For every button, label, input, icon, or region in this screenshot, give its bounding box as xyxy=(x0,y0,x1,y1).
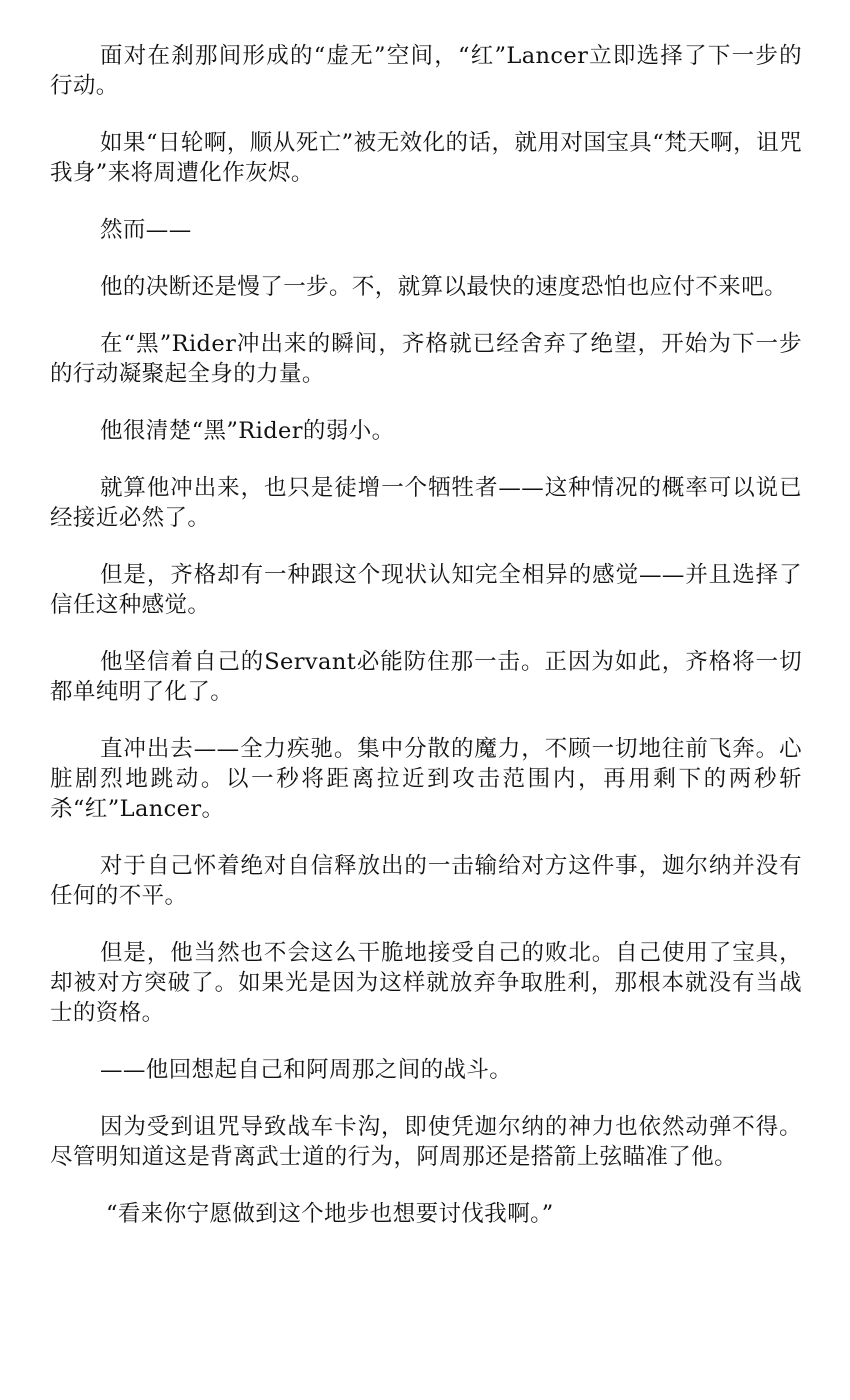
paragraph: 但是，齐格却有一种跟这个现状认知完全相异的感觉——并且选择了信任这种感觉。 xyxy=(50,560,802,620)
paragraph: 面对在刹那间形成的“虚无”空间，“红”Lancer立即选择了下一步的行动。 xyxy=(50,41,802,101)
document-page: 面对在刹那间形成的“虚无”空间，“红”Lancer立即选择了下一步的行动。 如果… xyxy=(50,41,802,1256)
paragraph: 但是，他当然也不会这么干脆地接受自己的败北。自己使用了宝具，却被对方突破了。如果… xyxy=(50,938,802,1028)
paragraph: 就算他冲出来，也只是徒增一个牺牲者——这种情况的概率可以说已经接近必然了。 xyxy=(50,473,802,533)
paragraph: 他坚信着自己的Servant必能防住那一击。正因为如此，齐格将一切都单纯明了化了… xyxy=(50,647,802,707)
paragraph: 因为受到诅咒导致战车卡沟，即使凭迦尔纳的神力也依然动弹不得。尽管明知道这是背离武… xyxy=(50,1112,802,1172)
paragraph: ——他回想起自己和阿周那之间的战斗。 xyxy=(50,1055,802,1085)
dialogue-paragraph: “看来你宁愿做到这个地步也想要讨伐我啊。” xyxy=(50,1199,802,1229)
paragraph: 对于自己怀着绝对自信释放出的一击输给对方这件事，迦尔纳并没有任何的不平。 xyxy=(50,851,802,911)
paragraph: 在“黑”Rider冲出来的瞬间，齐格就已经舍弃了绝望，开始为下一步的行动凝聚起全… xyxy=(50,329,802,389)
paragraph: 他很清楚“黑”Rider的弱小。 xyxy=(50,416,802,446)
paragraph: 如果“日轮啊，顺从死亡”被无效化的话，就用对国宝具“梵天啊，诅咒我身”来将周遭化… xyxy=(50,128,802,188)
paragraph: 然而—— xyxy=(50,215,802,245)
paragraph: 直冲出去——全力疾驰。集中分散的魔力，不顾一切地往前飞奔。心脏剧烈地跳动。以一秒… xyxy=(50,734,802,824)
paragraph: 他的决断还是慢了一步。不，就算以最快的速度恐怕也应付不来吧。 xyxy=(50,272,802,302)
